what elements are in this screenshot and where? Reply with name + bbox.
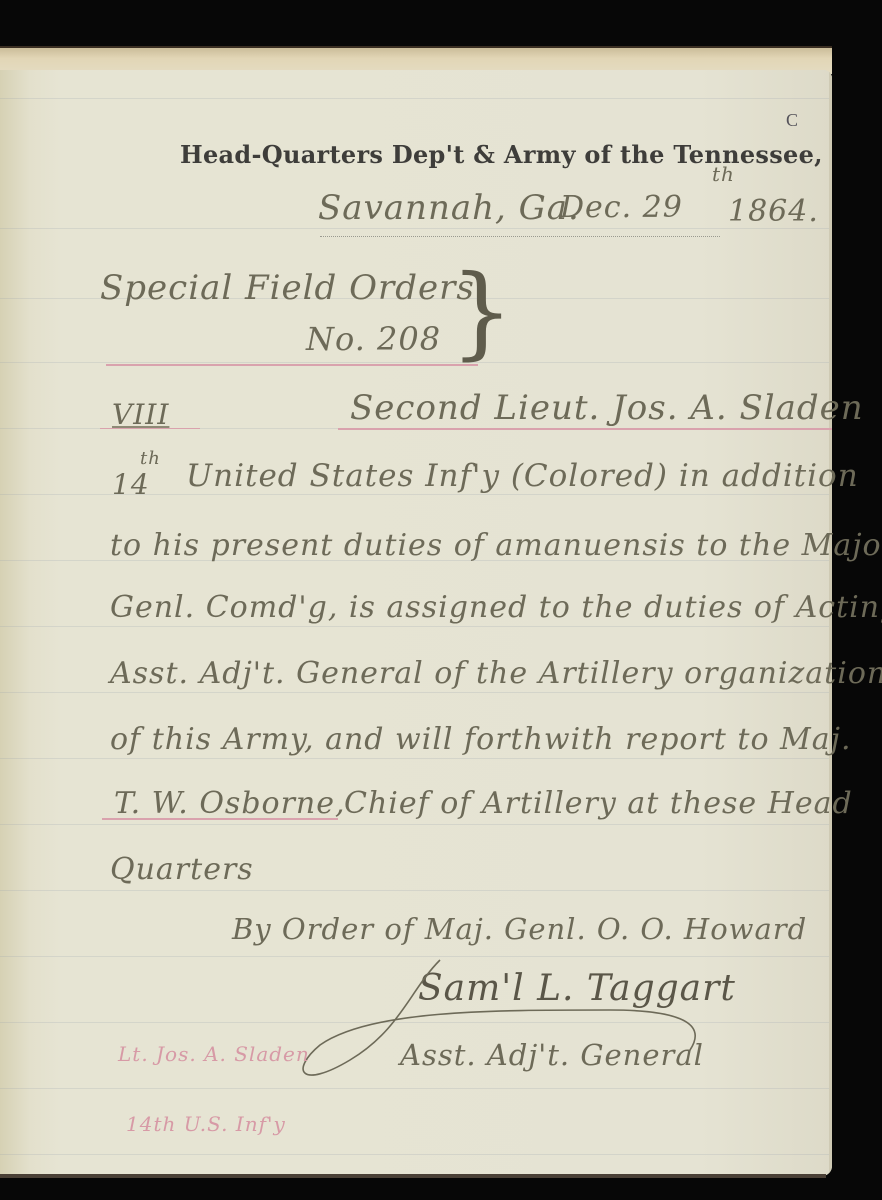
orders-number: No. 208 [306, 320, 441, 358]
dateline-year: 1864. [728, 194, 819, 229]
body-line-7: Chief of Artillery at these Head [344, 786, 853, 821]
body-line-5: Asst. Adj't. General of the Artillery or… [110, 656, 882, 691]
heading-red-rule [106, 364, 478, 366]
authority-line: By Order of Maj. Genl. O. O. Howard [232, 912, 807, 946]
dateline-place: Savannah, Ga. [318, 188, 580, 228]
signature-flourish [290, 950, 750, 1100]
body-line-8: Quarters [110, 852, 254, 887]
underlined-name: T. W. Osborne, [114, 786, 346, 821]
dateline-dotted-rule [320, 236, 720, 237]
body-line-6: of this Army, and will forthwith report … [110, 722, 852, 757]
name-red-rule [338, 428, 832, 430]
dateline-date-suffix: th [712, 162, 735, 186]
body-line-3: to his present duties of amanuensis to t… [110, 528, 882, 563]
page-bottom-edge [0, 1174, 826, 1178]
orders-title: Special Field Orders [100, 268, 475, 308]
page-marker: C [786, 110, 799, 131]
margin-note-name: Lt. Jos. A. Sladen [118, 1042, 310, 1066]
section-number: VIII [112, 398, 169, 431]
signature-title: Asst. Adj't. General [400, 1038, 704, 1072]
body-line-2: United States Inf'y (Colored) in additio… [186, 458, 859, 494]
margin-note-regiment: 14th U.S. Inf'y [126, 1112, 286, 1136]
osborne-red-rule [102, 818, 338, 820]
regiment-number: 14 [112, 468, 150, 501]
curly-brace: } [450, 262, 514, 362]
dateline-date: Dec. 29 [560, 190, 683, 225]
section-red-rule [100, 428, 200, 429]
body-line-1: Second Lieut. Jos. A. Sladen [350, 388, 864, 428]
body-line-4: Genl. Comd'g, is assigned to the duties … [110, 590, 882, 625]
regiment-suffix: th [140, 448, 161, 469]
